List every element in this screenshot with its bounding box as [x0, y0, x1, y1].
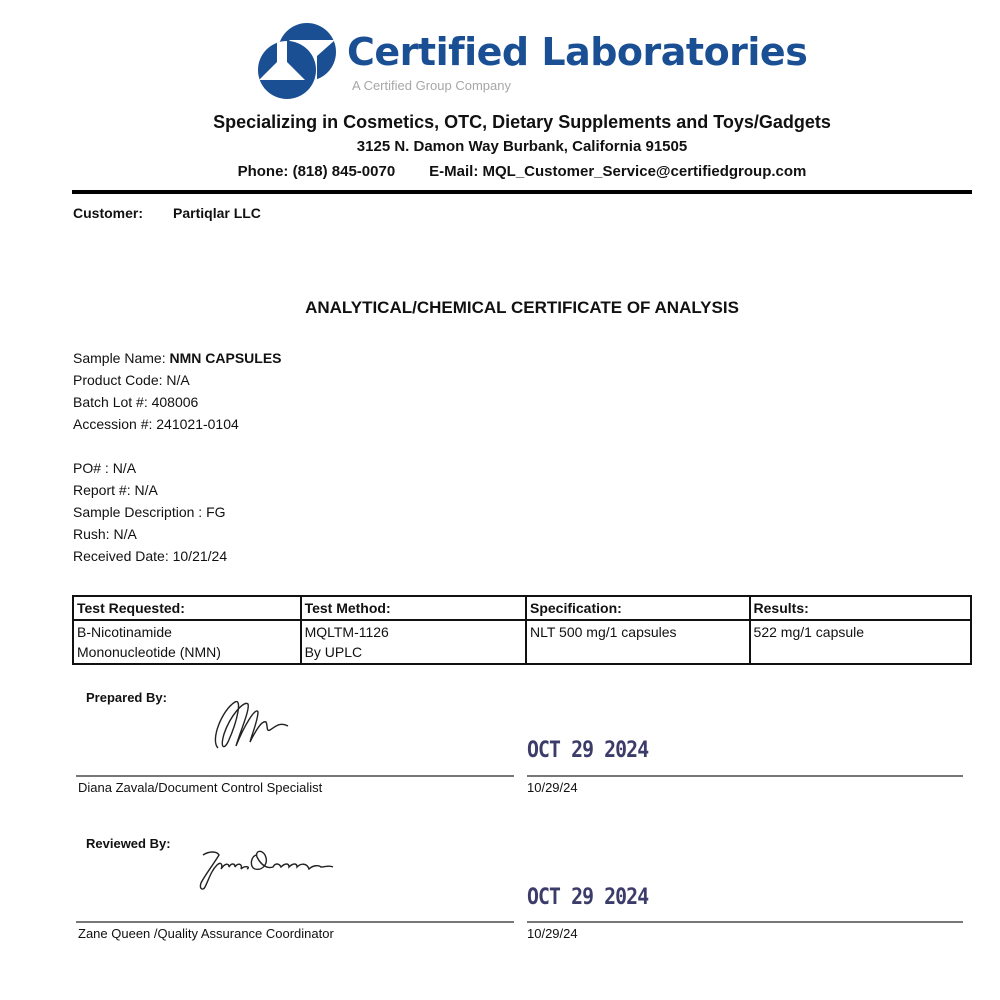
table-row: B-Nicotinamide Mononucleotide (NMN) MQLT…	[73, 620, 971, 664]
header-divider	[72, 190, 972, 194]
brand-subtitle: A Certified Group Company	[352, 78, 511, 93]
sample-name-line: Sample Name: NMN CAPSULES	[73, 350, 282, 366]
table-header-row: Test Requested: Test Method: Specificati…	[73, 596, 971, 620]
prepared-signature-icon	[200, 690, 310, 765]
lab-phone: Phone: (818) 845-0070	[238, 163, 396, 180]
received-date-line: Received Date: 10/21/24	[73, 548, 227, 564]
lab-email[interactable]: E-Mail: MQL_Customer_Service@certifiedgr…	[429, 163, 806, 180]
reviewed-signature-line	[76, 921, 514, 923]
sample-description-line: Sample Description : FG	[73, 504, 226, 520]
reviewed-by-label: Reviewed By:	[86, 836, 171, 851]
lab-address: 3125 N. Damon Way Burbank, California 91…	[0, 138, 1000, 155]
customer-label: Customer:	[73, 205, 143, 221]
cell-result: 522 mg/1 capsule	[750, 620, 971, 664]
reviewed-signature-icon	[195, 843, 370, 903]
batch-lot-line: Batch Lot #: 408006	[73, 394, 198, 410]
prepared-by-label: Prepared By:	[86, 690, 167, 705]
header-results: Results:	[750, 596, 971, 620]
prepared-date: 10/29/24	[527, 780, 578, 795]
rush-line: Rush: N/A	[73, 526, 137, 542]
customer-row: Customer:Partiqlar LLC	[73, 205, 261, 221]
cell-specification: NLT 500 mg/1 capsules	[526, 620, 750, 664]
certified-labs-logo-icon	[257, 22, 337, 100]
header-test-requested: Test Requested:	[73, 596, 301, 620]
header-specification: Specification:	[526, 596, 750, 620]
reviewed-date-stamp: OCT 29 2024	[527, 885, 648, 910]
customer-value: Partiqlar LLC	[173, 205, 261, 221]
prepared-date-stamp: OCT 29 2024	[527, 738, 648, 763]
sample-name-value: NMN CAPSULES	[169, 350, 281, 366]
prepared-date-line	[527, 775, 963, 777]
report-line: Report #: N/A	[73, 482, 158, 498]
cell-test-method: MQLTM-1126 By UPLC	[301, 620, 526, 664]
lab-tagline: Specializing in Cosmetics, OTC, Dietary …	[0, 112, 1000, 133]
prepared-signature-line	[76, 775, 514, 777]
accession-line: Accession #: 241021-0104	[73, 416, 239, 432]
cell-test-requested: B-Nicotinamide Mononucleotide (NMN)	[73, 620, 301, 664]
document-title: ANALYTICAL/CHEMICAL CERTIFICATE OF ANALY…	[0, 298, 1000, 318]
prepared-name-title: Diana Zavala/Document Control Specialist	[78, 780, 322, 795]
brand-name: Certified Laboratories	[347, 30, 807, 74]
reviewed-date: 10/29/24	[527, 926, 578, 941]
product-code-line: Product Code: N/A	[73, 372, 190, 388]
reviewed-name-title: Zane Queen /Quality Assurance Coordinato…	[78, 926, 334, 941]
results-table: Test Requested: Test Method: Specificati…	[72, 595, 972, 665]
reviewed-date-line	[527, 921, 963, 923]
header-test-method: Test Method:	[301, 596, 526, 620]
po-line: PO# : N/A	[73, 460, 136, 476]
lab-contact: Phone: (818) 845-0070E-Mail: MQL_Custome…	[0, 163, 1000, 180]
